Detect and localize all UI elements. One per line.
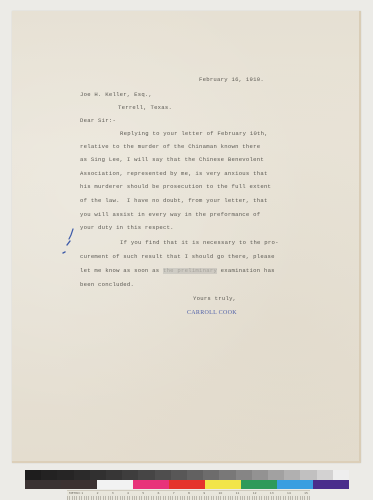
grayscale-strip — [25, 470, 349, 480]
body-line: Replying to your letter of February 10th… — [120, 131, 268, 137]
letter-signature: CARROLL COOK — [187, 310, 237, 316]
body-line: relative to the murder of the Chinaman k… — [80, 144, 260, 150]
body-line: been concluded. — [80, 282, 134, 288]
color-patch — [133, 480, 169, 489]
scan-stage: February 16, 1910. Joe H. Keller, Esq., … — [0, 0, 373, 500]
letter-addressee: Joe H. Keller, Esq., — [80, 92, 152, 98]
metric-ruler: METRIC 123456789101112131415 — [67, 490, 310, 500]
gray-patch — [284, 470, 300, 480]
ruler-label: 8 — [188, 491, 190, 495]
body-line: let me know as soon as the preliminary e… — [80, 268, 275, 274]
body-text: examination has — [217, 267, 275, 274]
gray-patch — [138, 470, 154, 480]
gray-patch — [203, 470, 219, 480]
color-patch — [25, 480, 61, 489]
body-line: of the law. I have no doubt, from your l… — [80, 198, 268, 204]
ruler-label: 5 — [142, 491, 144, 495]
color-calibration-target: METRIC 123456789101112131415 — [25, 470, 349, 500]
ruler-label: 14 — [287, 491, 291, 495]
color-strip — [25, 480, 349, 489]
ruler-ticks — [67, 496, 310, 500]
gray-patch — [187, 470, 203, 480]
gray-patch — [106, 470, 122, 480]
redacted-text: the preliminary — [163, 268, 217, 274]
color-patch — [277, 480, 313, 489]
gray-patch — [74, 470, 90, 480]
body-text: let me know as soon as — [80, 267, 163, 274]
gray-patch — [155, 470, 171, 480]
ruler-label: 6 — [158, 491, 160, 495]
color-patch — [61, 480, 97, 489]
ruler-label: 7 — [173, 491, 175, 495]
gray-patch — [252, 470, 268, 480]
color-patch — [313, 480, 349, 489]
body-line: If you find that it is necessary to the … — [120, 240, 279, 246]
gray-patch — [317, 470, 333, 480]
gray-patch — [268, 470, 284, 480]
gray-patch — [219, 470, 235, 480]
ruler-label: 13 — [270, 491, 274, 495]
body-line: your duty in this respect. — [80, 225, 174, 231]
ruler-label: 2 — [97, 491, 99, 495]
ruler-label: METRIC 1 — [69, 491, 83, 495]
ruler-label: 15 — [304, 491, 308, 495]
ruler-label: 10 — [218, 491, 222, 495]
body-line: curement of such result that I should go… — [80, 254, 275, 260]
gray-patch — [122, 470, 138, 480]
gray-patch — [25, 470, 41, 480]
gray-patch — [300, 470, 316, 480]
body-line: as Sing Lee, I will say that the Chinese… — [80, 157, 264, 163]
ruler-label: 11 — [236, 491, 240, 495]
ruler-labels: METRIC 123456789101112131415 — [67, 491, 310, 495]
ruler-label: 9 — [203, 491, 205, 495]
color-patch — [97, 480, 133, 489]
letter-salutation: Dear Sir:- — [80, 118, 116, 124]
gray-patch — [90, 470, 106, 480]
gray-patch — [236, 470, 252, 480]
ruler-label: 4 — [127, 491, 129, 495]
gray-patch — [57, 470, 73, 480]
gray-patch — [171, 470, 187, 480]
color-patch — [241, 480, 277, 489]
color-patch — [169, 480, 205, 489]
pen-mark-icon — [62, 227, 76, 259]
body-line: his murderer should be prosecution to th… — [80, 184, 271, 190]
gray-patch — [41, 470, 57, 480]
ruler-label: 3 — [112, 491, 114, 495]
gray-patch — [333, 470, 349, 480]
color-patch — [205, 480, 241, 489]
ruler-label: 12 — [253, 491, 257, 495]
letter-closing: Yours truly, — [193, 296, 236, 302]
letter-date: February 16, 1910. — [199, 77, 264, 83]
letter-city: Terrell, Texas. — [118, 105, 172, 111]
body-line: Association, represented by me, is very … — [80, 171, 268, 177]
body-line: you will assist in every way in the pref… — [80, 212, 260, 218]
